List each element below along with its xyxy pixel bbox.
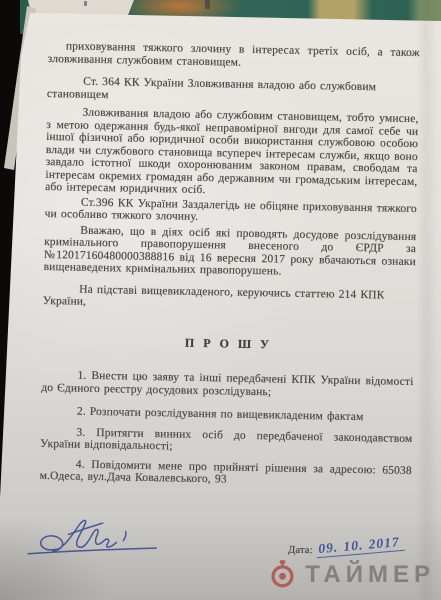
request-item-3: 3. Притягти винних осіб до передбаченої …	[40, 425, 412, 457]
article-364-body: Зловживання владою або службовим станови…	[45, 106, 419, 201]
date-field: Дата: 09. 10. 2017	[288, 543, 404, 560]
basis-paragraph: На підставі вищевикладеного, керуючись с…	[43, 282, 415, 314]
claim-paragraph: Вважаю, що в діях осіб які проводять дос…	[44, 223, 417, 280]
document-text: приховування тяжкого злочину в інтересах…	[38, 40, 420, 570]
article-396-paragraph: Ст.396 КК України Заздалегідь не обіцяне…	[45, 195, 417, 227]
request-item-2: 2. Розпочати розслідування по вищевиклад…	[41, 405, 413, 425]
request-item-4: 4. Повідомити мене про прийняті рішення …	[40, 457, 412, 489]
watermark-text: ТАЙМЕР	[305, 561, 435, 589]
request-heading: П Р О Ш У	[42, 333, 414, 353]
request-item-1: 1. Внести цю заяву та інші передбачені К…	[41, 369, 413, 401]
timer-watermark: ТАЙМЕР	[269, 560, 435, 589]
photo-of-document: приховування тяжкого злочину в інтересах…	[0, 0, 441, 600]
stopwatch-icon	[269, 560, 296, 589]
ink-speck	[84, 1, 87, 6]
ink-speck	[205, 0, 210, 9]
article-364-heading: Ст. 364 КК України Зловживання владою аб…	[47, 75, 419, 107]
date-label: Дата:	[288, 545, 313, 556]
handwritten-signature	[26, 512, 177, 565]
handwritten-date: 09. 10. 2017	[315, 536, 403, 558]
